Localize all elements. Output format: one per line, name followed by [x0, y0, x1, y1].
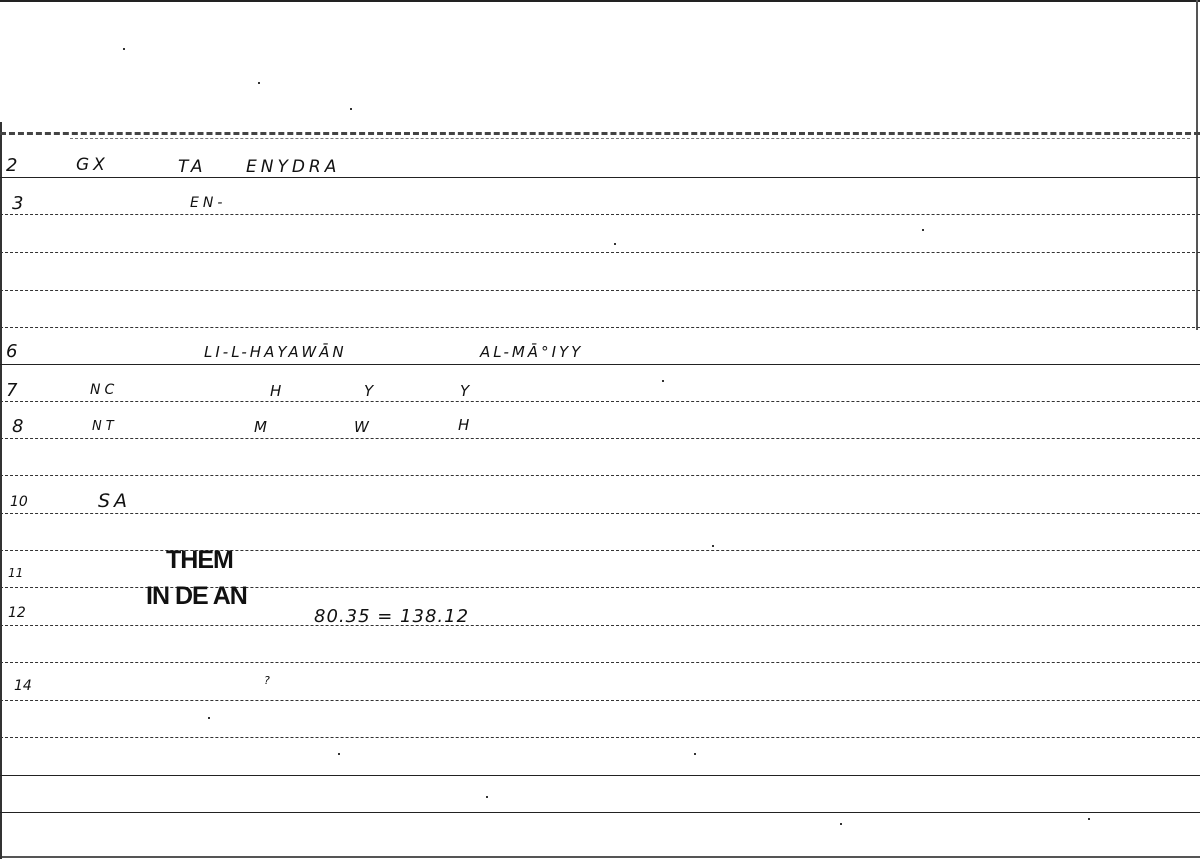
- scan-speck: [922, 229, 924, 231]
- handwritten-field: GX: [76, 155, 109, 175]
- handwritten-field: NT: [92, 419, 118, 434]
- form-rule: [0, 475, 1200, 476]
- form-rule: [0, 438, 1200, 439]
- handwritten-mark: ?: [264, 674, 274, 687]
- handwritten-field: SA: [98, 490, 131, 512]
- line-number: 3: [12, 193, 23, 214]
- line-number: 11: [8, 566, 23, 580]
- scan-speck: [208, 717, 210, 719]
- handwritten-field: TA: [178, 157, 206, 177]
- line-number: 6: [6, 341, 17, 362]
- handwritten-field: H: [270, 382, 285, 400]
- form-rule: [0, 662, 1200, 663]
- form-rule: [0, 252, 1200, 253]
- scan-speck: [258, 82, 260, 84]
- line-number: 8: [12, 416, 23, 437]
- form-rule: [0, 364, 1200, 365]
- handwritten-field: AL-MĀ°IYY: [480, 343, 583, 361]
- scan-speck: [614, 243, 616, 245]
- line-number: 7: [6, 380, 17, 401]
- page-border-bottom: [0, 856, 1200, 858]
- handwritten-field: H: [458, 416, 473, 434]
- page-border-top: [0, 0, 1200, 2]
- header-rule-secondary: [70, 138, 1190, 139]
- form-rule: [0, 327, 1200, 328]
- handwritten-field: LI-L-HAYAWĀN: [204, 343, 347, 361]
- line-number: 14: [14, 678, 32, 694]
- line-number: 10: [10, 494, 28, 510]
- scan-speck: [486, 796, 488, 798]
- line-number: 2: [6, 155, 17, 176]
- handwritten-field: W: [354, 418, 373, 436]
- handwritten-field: NC: [90, 382, 118, 398]
- form-rule: [0, 700, 1200, 701]
- scan-speck: [338, 753, 340, 755]
- stamp-line-1: THEM: [166, 548, 233, 573]
- scan-speck: [840, 823, 842, 825]
- header-rule: [0, 132, 1200, 135]
- form-rule: [0, 401, 1200, 402]
- page-border-right: [1196, 0, 1198, 330]
- form-rule: [0, 737, 1200, 738]
- scan-speck: [1088, 818, 1090, 820]
- form-rule: [0, 775, 1200, 776]
- form-rule: [0, 812, 1200, 813]
- form-rule: [0, 214, 1200, 215]
- handwritten-field: Y: [460, 382, 473, 400]
- handwritten-measurement: 80.35 = 138.12: [314, 606, 469, 627]
- scan-speck: [662, 380, 664, 382]
- handwritten-field: M: [254, 418, 271, 436]
- handwritten-field: EN-: [190, 195, 226, 211]
- page-border-left: [0, 122, 2, 859]
- stamp-line-2: IN DE AN: [146, 584, 247, 609]
- form-rule: [0, 625, 1200, 626]
- scan-speck: [712, 545, 714, 547]
- form-rule: [0, 513, 1200, 514]
- scan-speck: [350, 108, 352, 110]
- handwritten-field: ENYDRA: [246, 157, 340, 177]
- form-rule: [0, 177, 1200, 178]
- scan-speck: [694, 753, 696, 755]
- scan-speck: [123, 48, 125, 50]
- form-rule: [0, 290, 1200, 291]
- handwritten-field: Y: [364, 382, 377, 400]
- line-number: 12: [8, 605, 26, 621]
